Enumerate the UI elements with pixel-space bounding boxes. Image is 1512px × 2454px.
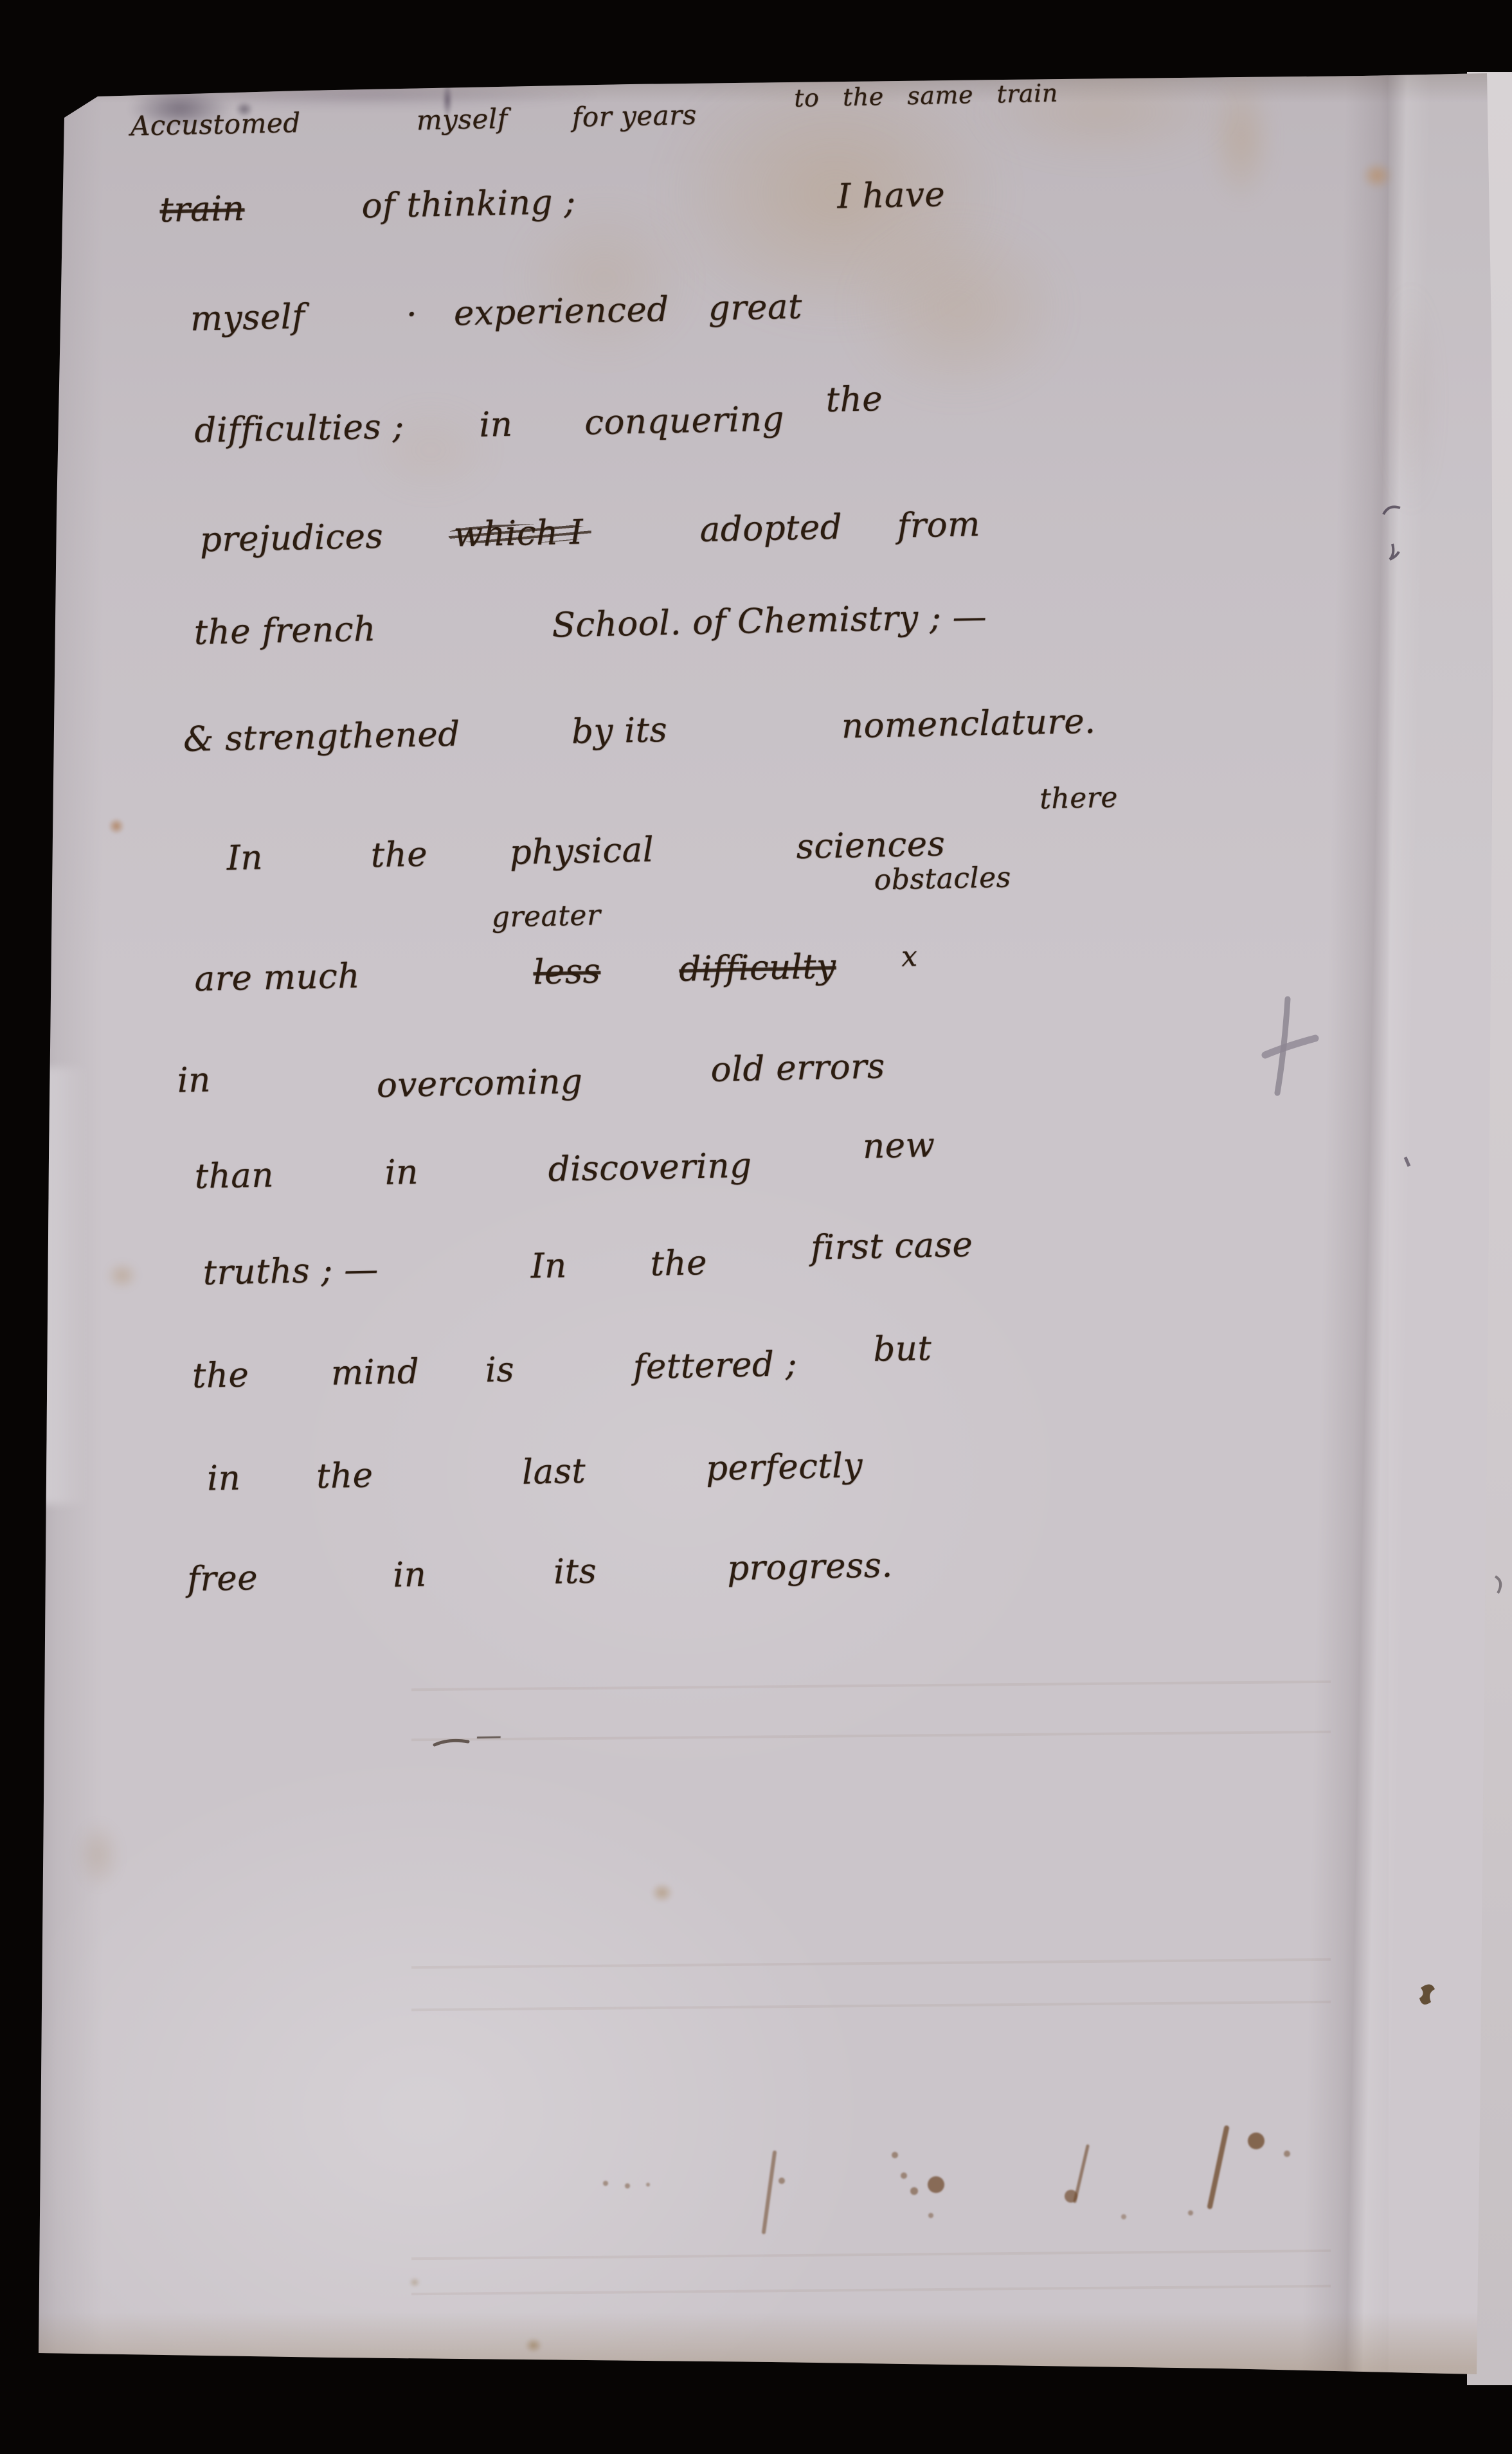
manuscript-line: are muchgreaterlessobstaclesdifficultyx	[15, 933, 1512, 1027]
manuscript-word: the french	[194, 609, 376, 653]
manuscript-line: inthelastperfectly	[26, 1432, 1512, 1527]
manuscript-line: & strengthenedby itsnomenclature.	[11, 693, 1512, 788]
manuscript-word: great	[708, 287, 802, 329]
manuscript-word: —	[476, 1720, 502, 1751]
manuscript-word: fettered ;	[633, 1344, 797, 1387]
manuscript-word: free	[187, 1558, 258, 1599]
manuscript-line: difficulties ;inconqueringthe	[4, 384, 1512, 479]
manuscript-word: the	[825, 379, 883, 420]
manuscript-line: —	[31, 1700, 1512, 1794]
manuscript-word: adopted	[699, 507, 843, 549]
manuscript-word: than	[194, 1155, 274, 1196]
manuscript-word: first case	[811, 1225, 973, 1268]
manuscript-word: experienced	[453, 290, 669, 334]
manuscript-word: in	[207, 1459, 241, 1499]
manuscript-word: the	[650, 1243, 708, 1284]
manuscript-word: the	[370, 835, 428, 875]
manuscript-word: by its	[571, 710, 667, 752]
manuscript-word: in	[177, 1060, 211, 1100]
manuscript-word: in	[479, 405, 513, 445]
manuscript-line: prejudiceswhich Iadoptedfrom	[6, 494, 1512, 588]
manuscript-word: progress.	[727, 1546, 894, 1588]
manuscript-word: difficulties ;	[194, 407, 405, 451]
manuscript-word: the	[316, 1456, 374, 1496]
manuscript-word: nomenclature.	[841, 702, 1096, 746]
manuscript-word: truths ; —	[203, 1250, 379, 1292]
manuscript-word: from	[897, 505, 980, 546]
manuscript-word: for years	[571, 99, 697, 133]
manuscript-word: its	[553, 1551, 597, 1591]
manuscript-word: old errors	[710, 1047, 885, 1089]
manuscript-word: overcoming	[376, 1062, 583, 1105]
manuscript-line: Accustomedmyselffor yearsto the same tra…	[0, 82, 1511, 177]
manuscript-line: Inthephysicalsciencesthere	[13, 813, 1512, 907]
manuscript-word: I have	[837, 175, 946, 216]
manuscript-word: conquering	[584, 399, 785, 442]
manuscript-word: x	[901, 940, 918, 973]
manuscript-word: train	[159, 189, 245, 230]
manuscript-word: of thinking ;	[361, 183, 576, 226]
manuscript-line: trainof thinking ;I have	[0, 163, 1512, 258]
manuscript-word: in	[384, 1153, 419, 1193]
manuscript-word: ·	[406, 295, 418, 334]
manuscript-word: there	[1039, 781, 1119, 815]
manuscript-line: inovercomingold errors	[17, 1034, 1512, 1128]
manuscript-word: myself	[416, 103, 508, 136]
manuscript-word: mind	[330, 1352, 419, 1393]
manuscript-word: to the same train	[794, 79, 1058, 113]
manuscript-word: greater	[491, 899, 601, 934]
manuscript-word: Accustomed	[130, 107, 301, 141]
manuscript-word: School. of Chemistry ; —	[552, 597, 987, 645]
manuscript-word: In	[226, 838, 263, 878]
manuscript-word: & strengthened	[183, 714, 460, 759]
manuscript-word: new	[862, 1126, 935, 1166]
manuscript-word: obstacles	[874, 861, 1011, 896]
manuscript-word: less	[533, 952, 601, 992]
text-layer: Accustomedmyselffor yearsto the same tra…	[0, 0, 1512, 2454]
manuscript-word: is	[485, 1350, 514, 1390]
manuscript-word: difficulty	[679, 947, 836, 989]
manuscript-word: sciences	[796, 824, 946, 867]
manuscript-word: but	[873, 1329, 932, 1369]
manuscript-line: themindisfettered ;but	[23, 1330, 1512, 1424]
manuscript-word: the	[192, 1355, 249, 1396]
manuscript-page: Accustomedmyselffor yearsto the same tra…	[0, 0, 1512, 2454]
manuscript-word: physical	[509, 830, 654, 872]
manuscript-word: myself	[190, 297, 305, 339]
manuscript-line: thanindiscoveringnew	[19, 1130, 1512, 1225]
manuscript-word: last	[521, 1452, 586, 1492]
manuscript-word: discovering	[548, 1146, 752, 1189]
manuscript-line: the frenchSchool. of Chemistry ; —	[8, 586, 1512, 681]
manuscript-word: are much	[194, 957, 361, 999]
manuscript-word: in	[393, 1555, 427, 1595]
manuscript-line: truths ; —Inthefirst case	[21, 1227, 1512, 1321]
manuscript-word: In	[530, 1246, 567, 1286]
manuscript-word: prejudices	[199, 517, 383, 560]
manuscript-line: myself·experiencedgreat	[2, 273, 1512, 367]
manuscript-line: freeinitsprogress.	[28, 1533, 1512, 1627]
manuscript-word: which I	[453, 513, 584, 555]
photo-canvas: Accustomedmyselffor yearsto the same tra…	[0, 0, 1512, 2454]
manuscript-word: perfectly	[705, 1446, 863, 1488]
